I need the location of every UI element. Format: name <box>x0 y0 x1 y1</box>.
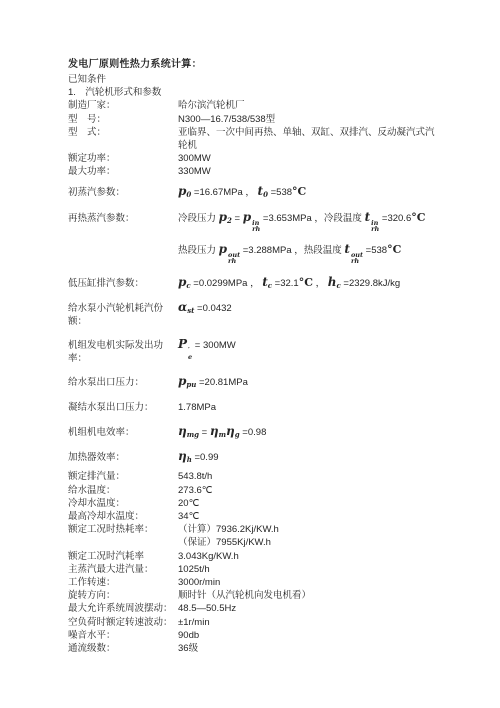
parameter-row: 机组发电机实际发出功率：P′e = 300MW <box>68 333 440 370</box>
parameter-value: 冷段压力 p2 = pinrh =3.653MPa ，冷段温度 tinrh =3… <box>178 210 440 265</box>
value-line: 1.78MPa <box>178 400 440 415</box>
value-text: 1.78MPa <box>178 402 216 413</box>
value-text: = <box>232 213 243 224</box>
parameter-label: 再热蒸汽参数： <box>68 212 178 225</box>
math-variable: ηmg <box>178 424 199 438</box>
parameter-row: 低压缸排汽参数：pc =0.0299MPa ， tc =32.1°C ， hc … <box>68 270 440 296</box>
parameter-row: 额定功率：300MW <box>68 152 440 165</box>
section-heading: 1. 汽轮机形式和参数 <box>68 86 440 99</box>
math-variable: ηh <box>178 449 192 463</box>
parameter-value: 34℃ <box>178 510 440 523</box>
value-text: =3.288MPa ，热段温度 <box>240 245 344 256</box>
value-text: 热段压力 <box>178 245 219 256</box>
parameter-label: 最大允许系统周波摆动： <box>68 602 178 615</box>
parameter-value: ηh =0.99 <box>178 450 440 465</box>
value-text: （保证）7955Kj/KW.h <box>178 537 271 548</box>
parameter-value: 36级 <box>178 642 440 655</box>
parameter-label: 工作转速： <box>68 576 178 589</box>
parameter-label: 空负荷时额定转速波动： <box>68 616 178 629</box>
value-text: N300—16.7/538/538型 <box>178 114 275 125</box>
value-text: =0.0432 <box>194 303 231 314</box>
value-line: pc =0.0299MPa ， tc =32.1°C ， hc =2329.8k… <box>178 275 440 291</box>
value-text: =20.81MPa <box>196 377 248 388</box>
value-line: 34℃ <box>178 510 440 523</box>
parameter-label: 给水泵小汽轮机耗汽份额： <box>68 302 178 328</box>
parameter-value: 哈尔滨汽轮机厂 <box>178 99 440 112</box>
value-line: 3000r/min <box>178 576 440 589</box>
math-supsub: outrh <box>228 252 240 265</box>
value-line: 543.8t/h <box>178 470 440 483</box>
parameter-label: 加热器效率： <box>68 451 178 464</box>
parameter-label: 制造厂家： <box>68 99 178 112</box>
value-text: =538 <box>363 245 387 256</box>
value-text: 273.6℃ <box>178 485 212 496</box>
parameter-row: 通流级数：36级 <box>68 642 440 655</box>
parameter-value: pc =0.0299MPa ， tc =32.1°C ， hc =2329.8k… <box>178 275 440 291</box>
math-supsub: outrh <box>351 252 363 265</box>
math-sub: m <box>219 430 226 439</box>
parameter-value: 20℃ <box>178 497 440 510</box>
parameter-value: ηmg = ηmηg =0.98 <box>178 425 440 440</box>
value-line: αst =0.0432 <box>178 301 440 316</box>
value-text: 冷段压力 <box>178 213 219 224</box>
parameter-label: 额定工况时汽耗率 <box>68 550 178 563</box>
value-text: =0.98 <box>240 427 267 438</box>
value-text: =0.99 <box>192 452 219 463</box>
parameter-value: ppu =20.81MPa <box>178 375 440 390</box>
value-line: 90db <box>178 629 440 642</box>
parameter-value: 3000r/min <box>178 576 440 589</box>
value-text: 亚临界、一次中间再热、单轴、双缸、双排汽、反动凝汽式汽轮机 <box>178 127 435 151</box>
parameter-row: 额定工况时汽耗率3.043Kg/KW.h <box>68 550 440 563</box>
math-variable: pc <box>178 275 191 289</box>
value-line: （保证）7955Kj/KW.h <box>178 536 440 549</box>
math-sub: rh <box>252 226 260 233</box>
value-line: 亚临界、一次中间再热、单轴、双缸、双排汽、反动凝汽式汽轮机 <box>178 126 440 152</box>
value-text: 330MW <box>178 166 211 177</box>
unit-symbol: °C <box>299 276 313 289</box>
parameter-row: 加热器效率：ηh =0.99 <box>68 445 440 470</box>
value-line: 330MW <box>178 165 440 178</box>
parameter-row: 给水泵出口压力：ppu =20.81MPa <box>68 370 440 395</box>
value-text: 1025t/h <box>178 564 210 575</box>
math-sub: mg <box>187 430 199 439</box>
parameter-label: 旋转方向： <box>68 589 178 602</box>
parameter-label: 最大功率： <box>68 165 178 178</box>
value-text: 20℃ <box>178 498 199 509</box>
value-line: ±1r/min <box>178 616 440 629</box>
document-page: 发电厂原则性热力系统计算： 已知条件 1. 汽轮机形式和参数 制造厂家：哈尔滨汽… <box>0 0 500 708</box>
math-variable: pinrh <box>243 210 261 224</box>
known-conditions-line: 已知条件 <box>68 73 440 86</box>
math-variable: αst <box>178 300 194 314</box>
parameter-row: 最大功率：330MW <box>68 165 440 178</box>
parameter-label: 初蒸汽参数： <box>68 186 178 199</box>
value-text: 90db <box>178 630 199 641</box>
value-text: =538 <box>268 187 292 198</box>
parameter-row: 给水温度：273.6℃ <box>68 484 440 497</box>
parameter-value: 273.6℃ <box>178 484 440 497</box>
parameter-label: 冷却水温度： <box>68 497 178 510</box>
parameter-list: 制造厂家：哈尔滨汽轮机厂型 号：N300—16.7/538/538型型 式：亚临… <box>68 99 440 655</box>
parameter-row: 最高冷却水温度：34℃ <box>68 510 440 523</box>
value-text: = 300MW <box>192 340 236 351</box>
parameter-row: 给水泵小汽轮机耗汽份额：αst =0.0432 <box>68 296 440 333</box>
parameter-label: 噪音水平： <box>68 629 178 642</box>
parameter-label: 额定排汽量： <box>68 470 178 483</box>
value-line: N300—16.7/538/538型 <box>178 113 440 126</box>
value-line: 20℃ <box>178 497 440 510</box>
parameter-label: 通流级数： <box>68 642 178 655</box>
parameter-value: 300MW <box>178 152 440 165</box>
math-variable: ηg <box>226 424 240 438</box>
value-text: 哈尔滨汽轮机厂 <box>178 100 245 111</box>
value-line: 3.043Kg/KW.h <box>178 550 440 563</box>
value-text: 顺时针（从汽轮机向发电机看） <box>178 590 311 601</box>
parameter-value: 1.78MPa <box>178 400 440 415</box>
parameter-row: 型 号：N300—16.7/538/538型 <box>68 113 440 126</box>
parameter-value: N300—16.7/538/538型 <box>178 113 440 126</box>
parameter-label: 机组机电效率： <box>68 426 178 439</box>
parameter-label: 最高冷却水温度： <box>68 510 178 523</box>
value-text: ±1r/min <box>178 617 210 628</box>
value-line: 273.6℃ <box>178 484 440 497</box>
math-variable: t0 <box>258 184 268 198</box>
parameter-value: 90db <box>178 629 440 642</box>
math-variable: toutrh <box>344 242 363 256</box>
parameter-label: 额定功率： <box>68 152 178 165</box>
parameter-row: 制造厂家：哈尔滨汽轮机厂 <box>68 99 440 112</box>
value-text: 3000r/min <box>178 577 220 588</box>
value-text: =3.653MPa ，冷段温度 <box>260 213 364 224</box>
document-title: 发电厂原则性热力系统计算： <box>68 57 440 72</box>
parameter-value: P′e = 300MW <box>178 338 440 360</box>
parameter-value: p0 =16.67MPa ， t0 =538°C <box>178 184 440 200</box>
math-variable: poutrh <box>219 242 240 256</box>
value-line: （计算）7936.2Kj/KW.h <box>178 523 440 536</box>
math-variable: tinrh <box>365 210 380 224</box>
parameter-row: 空负荷时额定转速波动：±1r/min <box>68 616 440 629</box>
parameter-value: 3.043Kg/KW.h <box>178 550 440 563</box>
value-line: P′e = 300MW <box>178 338 440 360</box>
parameter-row: 主蒸汽最大进汽量：1025t/h <box>68 563 440 576</box>
parameter-value: 亚临界、一次中间再热、单轴、双缸、双排汽、反动凝汽式汽轮机 <box>178 126 440 152</box>
math-variable: ppu <box>178 374 196 388</box>
parameter-label: 机组发电机实际发出功率： <box>68 339 178 365</box>
value-text: 3.043Kg/KW.h <box>178 551 239 562</box>
parameter-label: 额定工况时热耗率： <box>68 523 178 536</box>
math-sub: rh <box>228 258 240 265</box>
parameter-row: 工作转速：3000r/min <box>68 576 440 589</box>
unit-symbol: °C <box>292 185 306 198</box>
value-line: 36级 <box>178 642 440 655</box>
parameter-row: 机组机电效率：ηmg = ηmηg =0.98 <box>68 420 440 445</box>
math-variable: hc <box>328 275 341 289</box>
value-line: 300MW <box>178 152 440 165</box>
parameter-row: 额定工况时热耗率：（计算）7936.2Kj/KW.h（保证）7955Kj/KW.… <box>68 523 440 549</box>
parameter-row: 额定排汽量：543.8t/h <box>68 470 440 483</box>
math-variable: tc <box>262 275 272 289</box>
value-text: （计算）7936.2Kj/KW.h <box>178 524 279 535</box>
value-line: 哈尔滨汽轮机厂 <box>178 99 440 112</box>
parameter-value: αst =0.0432 <box>178 301 440 316</box>
parameter-label: 主蒸汽最大进汽量： <box>68 563 178 576</box>
value-line: 冷段压力 p2 = pinrh =3.653MPa ，冷段温度 tinrh =3… <box>178 210 440 233</box>
parameter-label: 型 式： <box>68 126 178 139</box>
parameter-row: 凝结水泵出口压力：1.78MPa <box>68 395 440 420</box>
math-variable: P′e <box>178 337 192 351</box>
value-line: 1025t/h <box>178 563 440 576</box>
math-sub: rh <box>351 258 363 265</box>
math-variable: p0 <box>178 184 191 198</box>
value-line: ppu =20.81MPa <box>178 375 440 390</box>
math-variable: ηm <box>210 424 226 438</box>
parameter-label: 低压缸排汽参数： <box>68 277 178 290</box>
value-text: =2329.8kJ/kg <box>341 278 400 289</box>
value-line: 热段压力 poutrh =3.288MPa ，热段温度 toutrh =538°… <box>178 242 440 265</box>
parameter-row: 型 式：亚临界、一次中间再热、单轴、双缸、双排汽、反动凝汽式汽轮机 <box>68 126 440 152</box>
parameter-value: ±1r/min <box>178 616 440 629</box>
parameter-row: 旋转方向：顺时针（从汽轮机向发电机看） <box>68 589 440 602</box>
math-sub: e <box>188 354 192 361</box>
parameter-label: 凝结水泵出口压力： <box>68 401 178 414</box>
math-sub: pu <box>186 380 196 389</box>
value-text: =320.6 <box>379 213 411 224</box>
value-text: = <box>199 427 210 438</box>
value-line: 顺时针（从汽轮机向发电机看） <box>178 589 440 602</box>
value-line: ηmg = ηmηg =0.98 <box>178 425 440 440</box>
value-text: 543.8t/h <box>178 471 212 482</box>
value-line: ηh =0.99 <box>178 450 440 465</box>
value-line: p0 =16.67MPa ， t0 =538°C <box>178 184 440 200</box>
parameter-value: 1025t/h <box>178 563 440 576</box>
value-text: =32.1 <box>272 278 299 289</box>
value-text: 300MW <box>178 153 211 164</box>
value-text: ， <box>313 278 328 289</box>
parameter-value: 顺时针（从汽轮机向发电机看） <box>178 589 440 602</box>
value-text: 48.5—50.5Hz <box>178 603 236 614</box>
unit-symbol: °C <box>411 211 425 224</box>
parameter-row: 冷却水温度：20℃ <box>68 497 440 510</box>
value-text: =16.67MPa ， <box>191 187 257 198</box>
parameter-label: 给水泵出口压力： <box>68 376 178 389</box>
parameter-value: （计算）7936.2Kj/KW.h（保证）7955Kj/KW.h <box>178 523 440 549</box>
math-variable: p2 <box>219 210 232 224</box>
value-text: 34℃ <box>178 511 199 522</box>
parameter-value: 330MW <box>178 165 440 178</box>
parameter-value: 48.5—50.5Hz <box>178 602 440 615</box>
parameter-value: 543.8t/h <box>178 470 440 483</box>
value-text: 36级 <box>178 643 198 654</box>
parameter-label: 给水温度： <box>68 484 178 497</box>
parameter-label: 型 号： <box>68 113 178 126</box>
math-sub: rh <box>371 226 379 233</box>
parameter-row: 噪音水平：90db <box>68 629 440 642</box>
value-text: =0.0299MPa ， <box>191 278 263 289</box>
unit-symbol: °C <box>387 243 401 256</box>
parameter-row: 初蒸汽参数：p0 =16.67MPa ， t0 =538°C <box>68 179 440 205</box>
parameter-row: 最大允许系统周波摆动：48.5—50.5Hz <box>68 602 440 615</box>
value-line: 48.5—50.5Hz <box>178 602 440 615</box>
parameter-row: 再热蒸汽参数：冷段压力 p2 = pinrh =3.653MPa ，冷段温度 t… <box>68 205 440 270</box>
